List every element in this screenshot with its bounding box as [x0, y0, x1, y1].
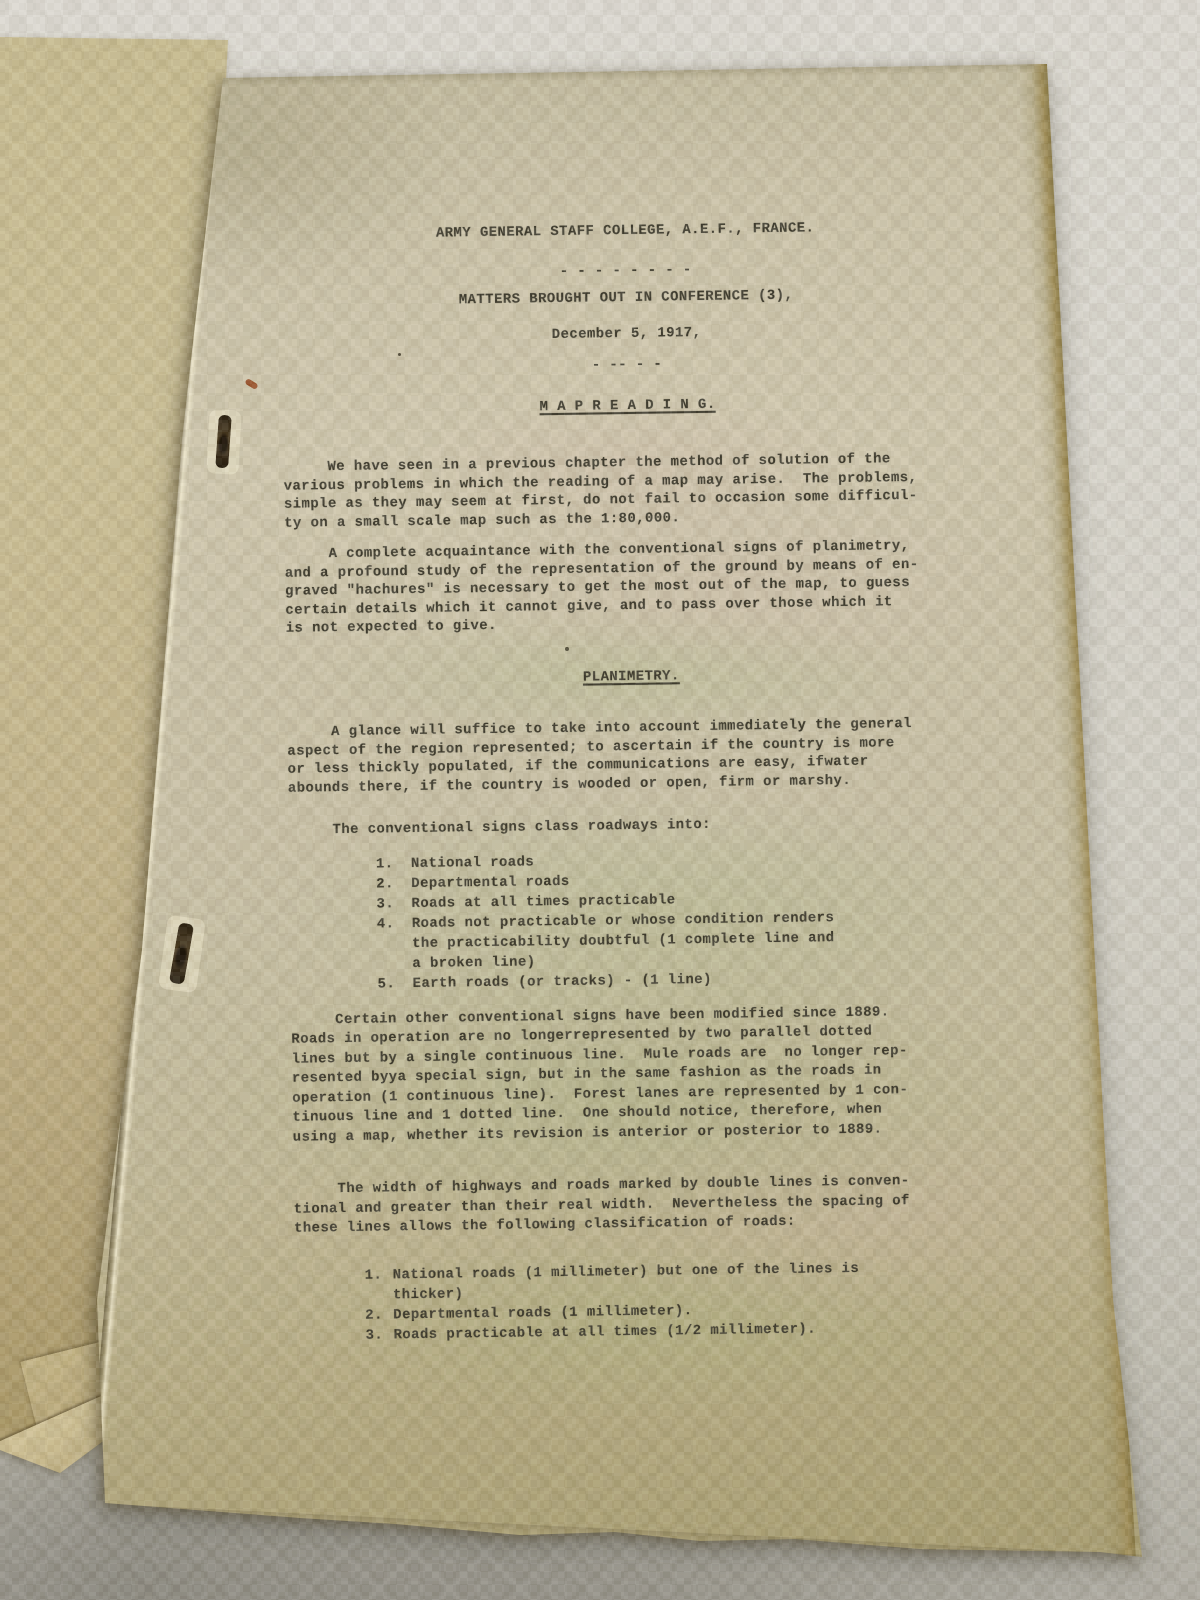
- list-item-text: Earth roads (or tracks) - (1 line): [413, 971, 712, 991]
- page-bottom-edge: [83, 1503, 1168, 1588]
- page-left-edge: [84, 77, 222, 1543]
- document-date: December 5, 1917,: [281, 320, 971, 348]
- rust-speck: [244, 378, 258, 390]
- list-item-number: 5.: [377, 974, 395, 994]
- page-right-edge: [1017, 55, 1138, 1584]
- planimetry-heading-text: PLANIMETRY.: [583, 668, 680, 685]
- subject-heading-text: M A P R E A D I N G.: [539, 396, 715, 414]
- list-item-number: 1.: [376, 854, 394, 874]
- modified-signs-paragraph: Certain other conventional signs have be…: [291, 1002, 983, 1148]
- list-item-number: 4.: [377, 914, 395, 934]
- list-item-number: 2.: [365, 1305, 383, 1325]
- list-item-number: 2.: [376, 874, 394, 894]
- width-classes-list: 1.National roads (1 millimeter) but one …: [295, 1257, 986, 1347]
- list-item-text: Departmental roads: [411, 873, 570, 891]
- list-item-number: 1.: [365, 1265, 383, 1285]
- document-page-paper: ARMY GENERAL STAFF COLLEGE, A.E.F., FRAN…: [95, 35, 1145, 1565]
- list-item-number: 3.: [376, 894, 394, 914]
- list-item-number: 3.: [365, 1325, 383, 1345]
- document-page: ARMY GENERAL STAFF COLLEGE, A.E.F., FRAN…: [95, 35, 1145, 1565]
- list-item-text: Roads not practicable or whose condition…: [412, 910, 835, 972]
- planimetry-heading: PLANIMETRY.: [286, 663, 976, 691]
- dash-separator: - -- - -: [282, 351, 972, 379]
- roadways-lead-line: The conventional signs class roadways in…: [288, 812, 978, 840]
- glance-paragraph: A glance will suffice to take into accou…: [287, 714, 978, 798]
- roadway-classes-list: 1.National roads 2.Departmental roads 3.…: [289, 846, 981, 996]
- dash-separator: - - - - - - - -: [281, 257, 971, 285]
- institution-line: ARMY GENERAL STAFF COLLEGE, A.E.F., FRAN…: [280, 217, 970, 245]
- typed-document-text: ARMY GENERAL STAFF COLLEGE, A.E.F., FRAN…: [280, 217, 986, 1346]
- conference-title: MATTERS BROUGHT OUT IN CONFERENCE (3),: [281, 284, 971, 312]
- list-item-text: Roads at all times practicable: [411, 892, 675, 912]
- punch-hole: [143, 411, 157, 428]
- intro-paragraph: We have seen in a previous chapter the m…: [283, 449, 974, 533]
- list-item-text: Roads practicable at all times (1/2 mill…: [393, 1321, 816, 1343]
- subject-heading: M A P R E A D I N G.: [282, 392, 972, 420]
- page-top-edge: [215, 60, 1055, 87]
- photo-of-document: ARMY GENERAL STAFF COLLEGE, A.E.F., FRAN…: [0, 0, 1200, 1600]
- acquaintance-paragraph: A complete acquaintance with the convent…: [284, 536, 975, 638]
- list-item-text: National roads (1 millimeter) but one of…: [393, 1260, 860, 1303]
- list-item-text: National roads: [411, 854, 534, 872]
- list-item-text: Departmental roads (1 millimeter).: [393, 1303, 692, 1323]
- width-paragraph: The width of highways and roads marked b…: [293, 1171, 984, 1239]
- punch-hole: [141, 443, 154, 458]
- list-item: 4.Roads not practicable or whose conditi…: [290, 906, 981, 976]
